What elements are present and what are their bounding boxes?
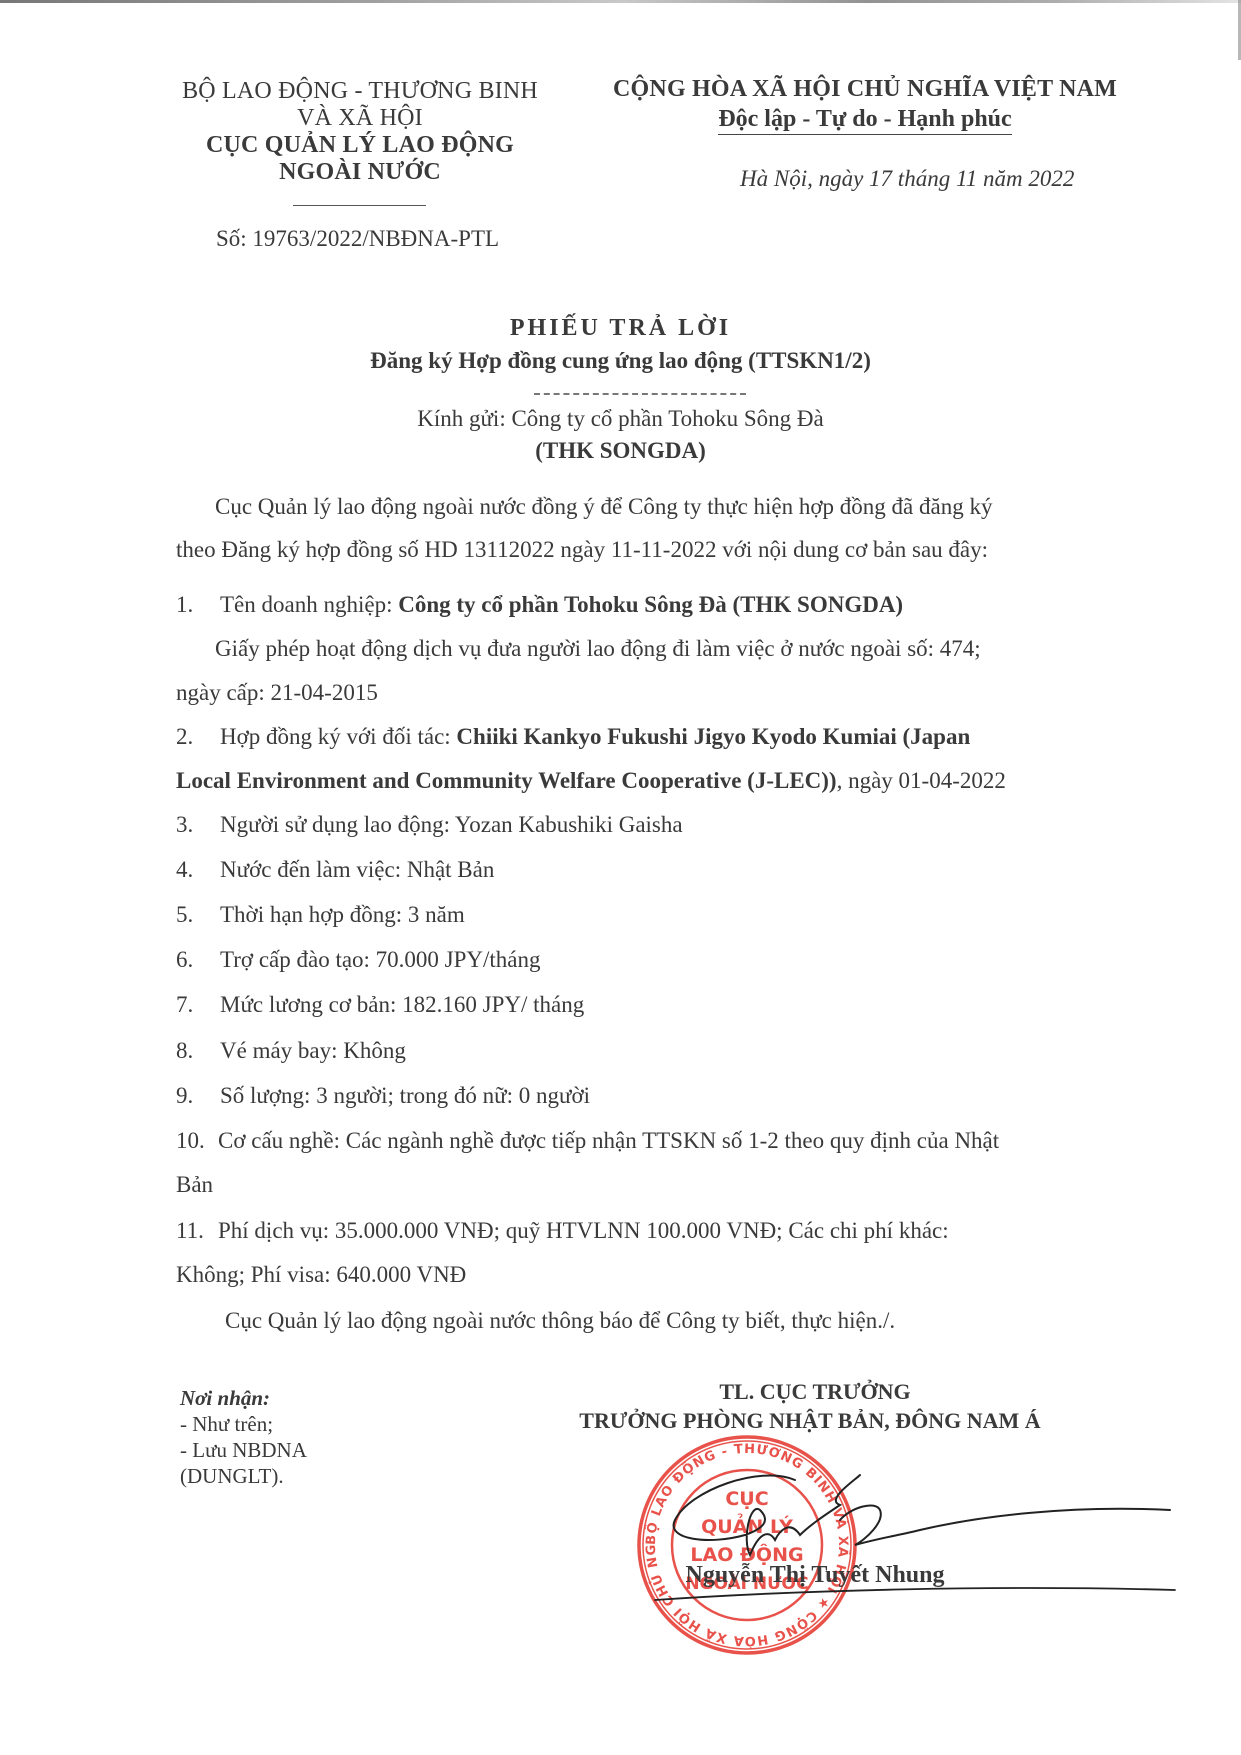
item-value: Local Environment and Community Welfare …	[176, 768, 837, 793]
recipients-heading: Nơi nhận:	[180, 1385, 307, 1411]
issuing-agency-block: BỘ LAO ĐỘNG - THƯƠNG BINH VÀ XÃ HỘI CỤC …	[150, 78, 570, 186]
content-item: Không; Phí visa: 640.000 VNĐ	[176, 1262, 466, 1288]
signature-icon	[650, 1450, 1180, 1620]
recipient-item: - Lưu NBDNA	[180, 1437, 307, 1463]
document-subtitle: Đăng ký Hợp đồng cung ứng lao động (TTSK…	[0, 348, 1241, 374]
item-label: Không; Phí visa: 640.000 VNĐ	[176, 1262, 466, 1287]
item-value: Chiiki Kankyo Fukushi Jigyo Kyodo Kumiai…	[456, 724, 970, 749]
item-label: Nước đến làm việc: Nhật Bản	[220, 857, 494, 882]
recipient-line: Kính gửi: Công ty cổ phần Tohoku Sông Đà	[0, 406, 1241, 432]
content-item: Bản	[176, 1172, 213, 1198]
item-label: Số lượng: 3 người; trong đó nữ: 0 người	[220, 1083, 590, 1108]
recipient-abbreviation: (THK SONGDA)	[0, 438, 1241, 464]
item-label: Bản	[176, 1172, 213, 1197]
motto-text: Độc lập - Tự do - Hạnh phúc	[718, 106, 1011, 135]
item-number: 10.	[176, 1128, 218, 1154]
item-number: 2.	[176, 724, 220, 750]
place-date: Hà Nội, ngày 17 tháng 11 năm 2022	[740, 166, 1074, 192]
content-item: ngày cấp: 21-04-2015	[176, 680, 378, 706]
content-item: 9.Số lượng: 3 người; trong đó nữ: 0 ngườ…	[176, 1083, 590, 1109]
closing-line: Cục Quản lý lao động ngoài nước thông bá…	[225, 1308, 895, 1334]
content-item: Local Environment and Community Welfare …	[176, 768, 1006, 794]
document-number: Số: 19763/2022/NBĐNA-PTL	[216, 226, 499, 252]
content-item: 5.Thời hạn hợp đồng: 3 năm	[176, 902, 465, 928]
item-number: 1.	[176, 592, 220, 618]
item-label: Mức lương cơ bản: 182.160 JPY/ tháng	[220, 992, 584, 1017]
item-label: ngày cấp: 21-04-2015	[176, 680, 378, 705]
document-title: PHIẾU TRẢ LỜI	[0, 315, 1241, 342]
intro-line-1: Cục Quản lý lao động ngoài nước đồng ý đ…	[215, 494, 992, 520]
item-suffix: , ngày 01-04-2022	[837, 768, 1006, 793]
intro-line-2: theo Đăng ký hợp đồng số HD 13112022 ngà…	[176, 537, 988, 563]
ministry-line-2: VÀ XÃ HỘI	[150, 105, 570, 132]
recipient-item: - Như trên;	[180, 1411, 307, 1437]
ministry-line-1: BỘ LAO ĐỘNG - THƯƠNG BINH	[150, 78, 570, 105]
content-item: 4.Nước đến làm việc: Nhật Bản	[176, 857, 494, 883]
content-item: 1.Tên doanh nghiệp: Công ty cổ phần Toho…	[176, 592, 903, 618]
agency-line-2: NGOÀI NƯỚC	[150, 159, 570, 186]
content-item: 8.Vé máy bay: Không	[176, 1038, 406, 1064]
scan-edge	[0, 0, 1241, 3]
signing-authority-1: TL. CỤC TRƯỞNG	[540, 1379, 1090, 1405]
item-number: 7.	[176, 992, 220, 1018]
content-item: Giấy phép hoạt động dịch vụ đưa người la…	[215, 636, 981, 662]
item-value: Công ty cổ phần Tohoku Sông Đà (THK SONG…	[398, 592, 903, 617]
agency-line-1: CỤC QUẢN LÝ LAO ĐỘNG	[150, 132, 570, 159]
content-item: 2.Hợp đồng ký với đối tác: Chiiki Kankyo…	[176, 724, 970, 750]
item-number: 3.	[176, 812, 220, 838]
item-number: 11.	[176, 1218, 218, 1244]
recipient-item: (DUNGLT).	[180, 1463, 307, 1489]
content-item: 10.Cơ cấu nghề: Các ngành nghề được tiếp…	[176, 1128, 999, 1154]
nation-name: CỘNG HÒA XÃ HỘI CHỦ NGHĨA VIỆT NAM	[600, 76, 1130, 103]
item-label: Thời hạn hợp đồng: 3 năm	[220, 902, 465, 927]
item-number: 5.	[176, 902, 220, 928]
item-label: Tên doanh nghiệp:	[220, 592, 398, 617]
signing-authority-2: TRƯỞNG PHÒNG NHẬT BẢN, ĐÔNG NAM Á	[520, 1408, 1100, 1434]
item-number: 9.	[176, 1083, 220, 1109]
national-header-block: CỘNG HÒA XÃ HỘI CHỦ NGHĨA VIỆT NAM Độc l…	[600, 76, 1130, 133]
item-label: Giấy phép hoạt động dịch vụ đưa người la…	[215, 636, 981, 661]
agency-underline	[293, 205, 426, 206]
content-item: 3.Người sử dụng lao động: Yozan Kabushik…	[176, 812, 683, 838]
item-number: 6.	[176, 947, 220, 973]
item-label: Người sử dụng lao động: Yozan Kabushiki …	[220, 812, 683, 837]
content-item: 11.Phí dịch vụ: 35.000.000 VNĐ; quỹ HTVL…	[176, 1218, 949, 1244]
item-label: Vé máy bay: Không	[220, 1038, 406, 1063]
content-item: 6.Trợ cấp đào tạo: 70.000 JPY/tháng	[176, 947, 541, 973]
item-label: Cơ cấu nghề: Các ngành nghề được tiếp nh…	[218, 1128, 999, 1153]
item-label: Trợ cấp đào tạo: 70.000 JPY/tháng	[220, 947, 541, 972]
item-label: Phí dịch vụ: 35.000.000 VNĐ; quỹ HTVLNN …	[218, 1218, 949, 1243]
signer-name: Nguyễn Thị Tuyết Nhung	[590, 1562, 1040, 1589]
content-item: 7.Mức lương cơ bản: 182.160 JPY/ tháng	[176, 992, 584, 1018]
title-divider	[534, 393, 746, 395]
item-label: Hợp đồng ký với đối tác:	[220, 724, 456, 749]
recipients-block: Nơi nhận: - Như trên; - Lưu NBDNA (DUNGL…	[180, 1385, 307, 1489]
item-number: 8.	[176, 1038, 220, 1064]
national-motto: Độc lập - Tự do - Hạnh phúc	[600, 106, 1130, 133]
item-number: 4.	[176, 857, 220, 883]
